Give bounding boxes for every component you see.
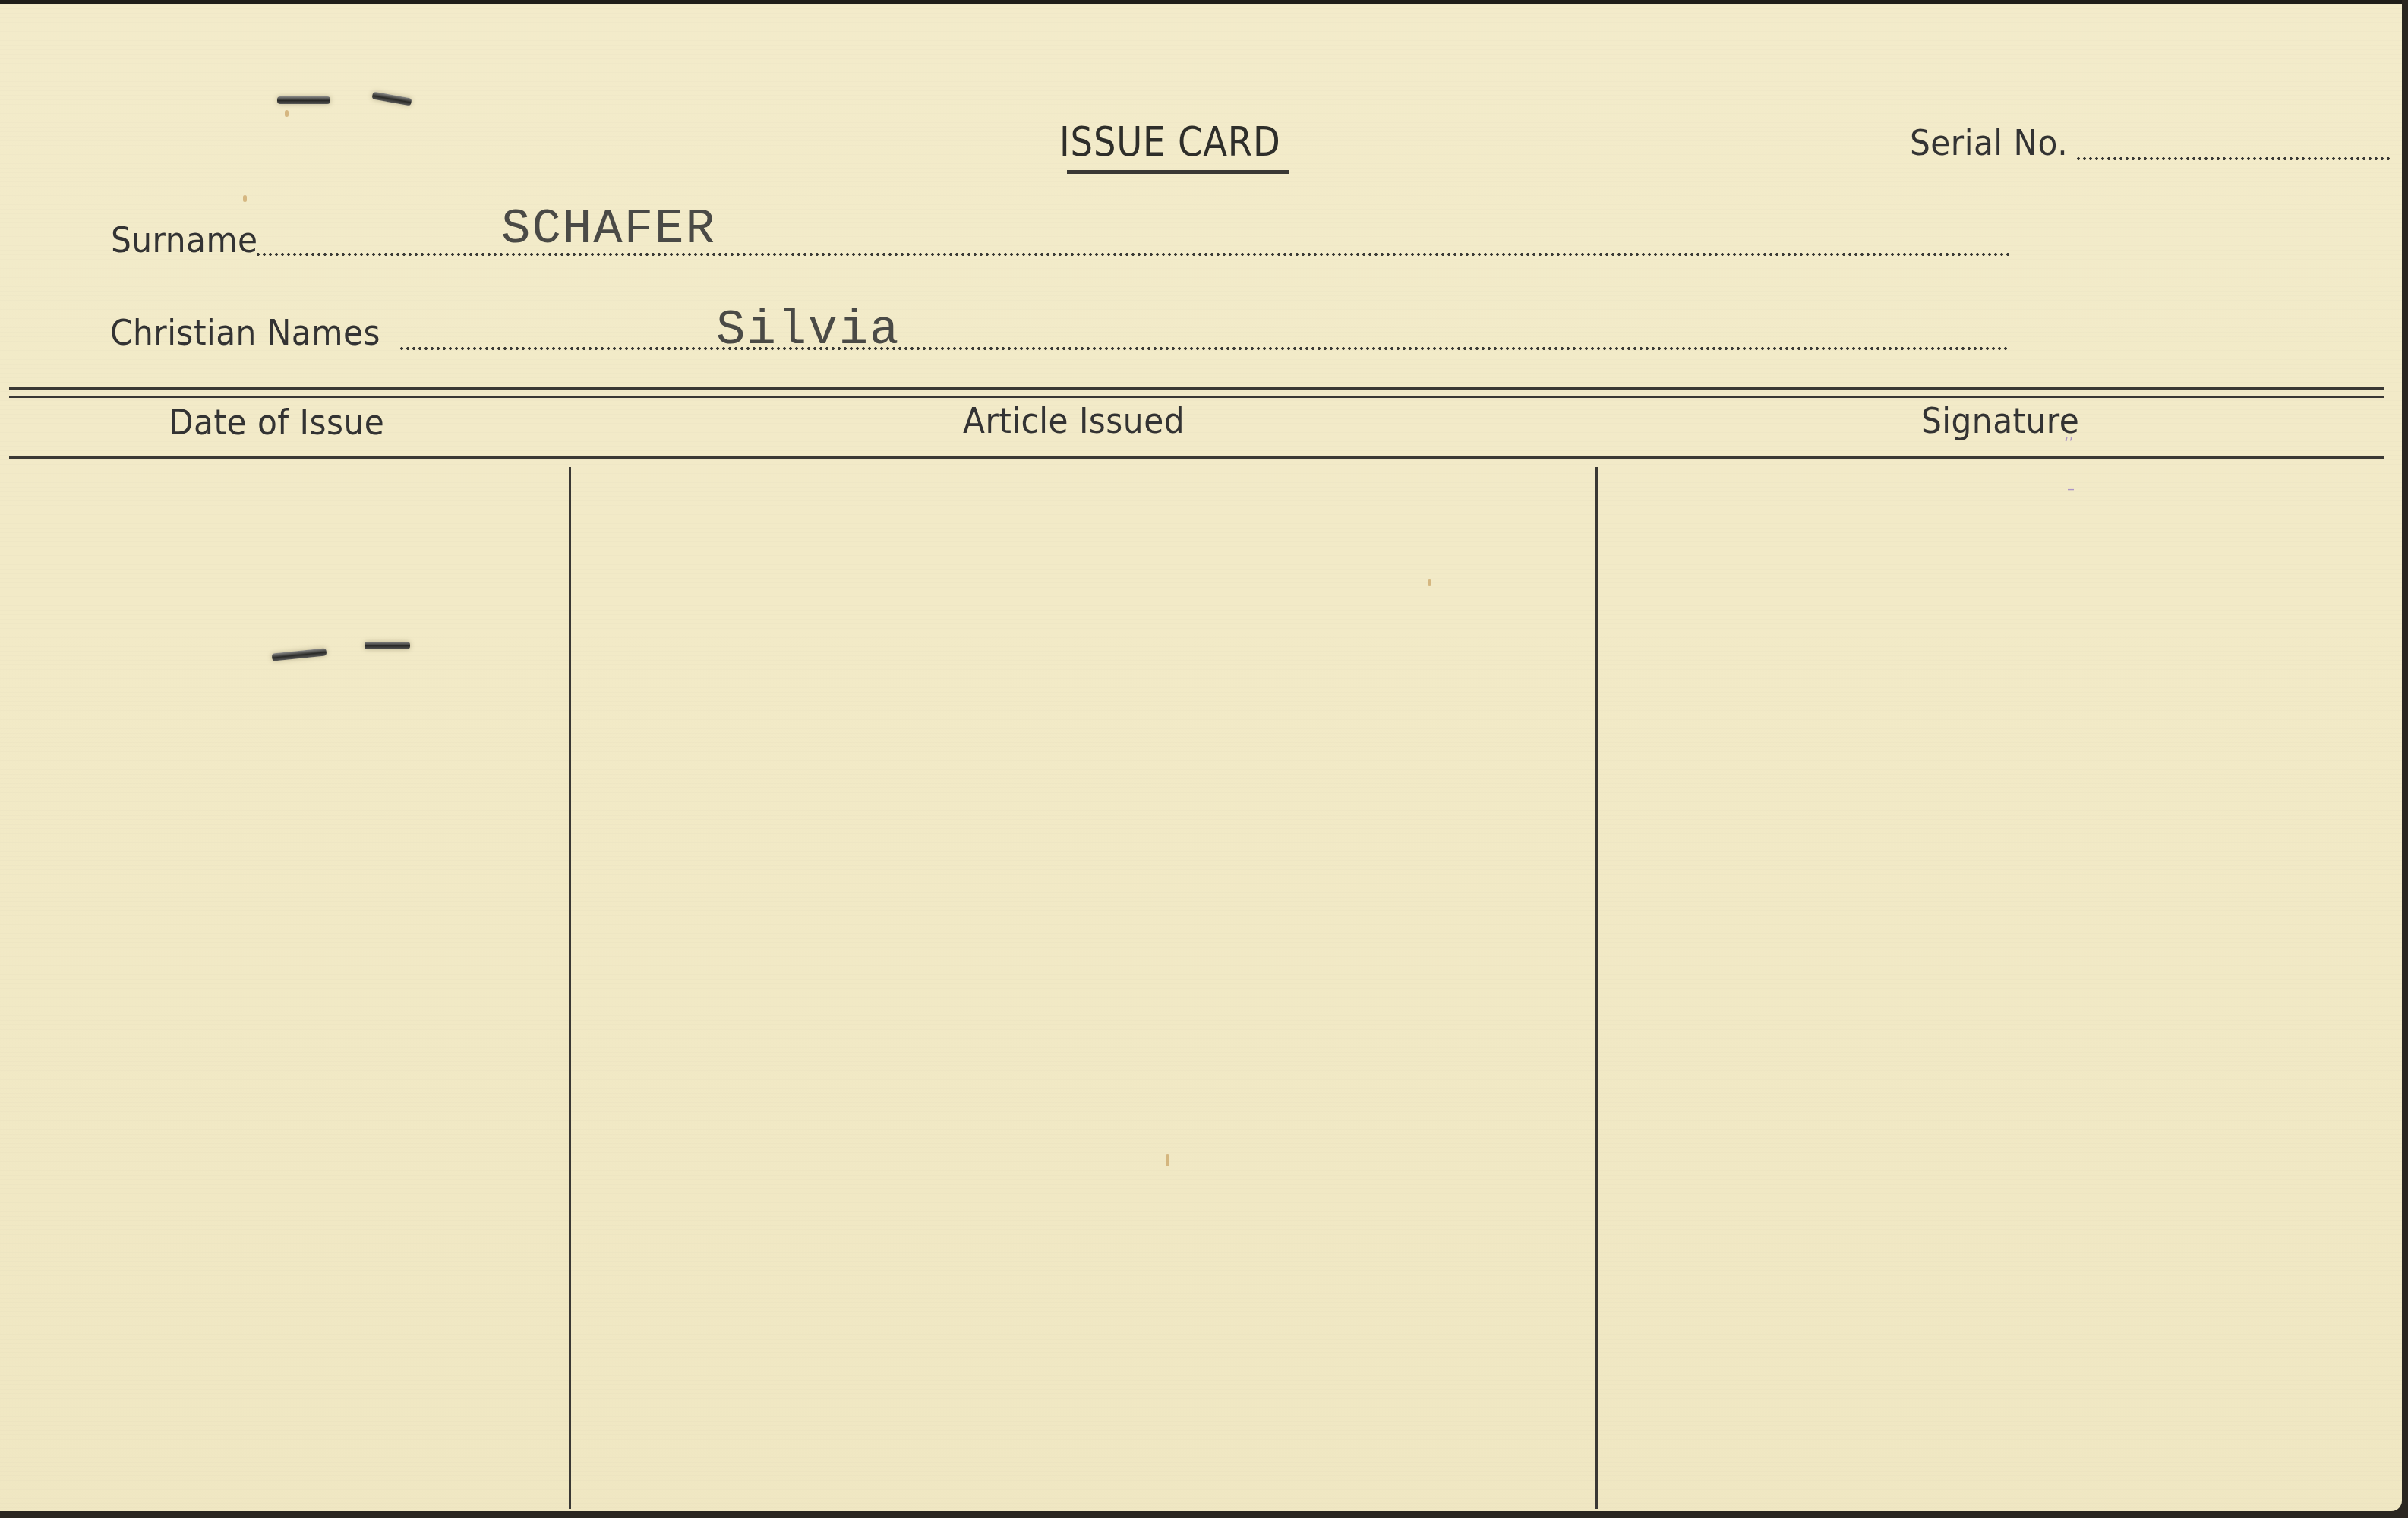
date-of-issue-column[interactable] xyxy=(9,461,567,1509)
surname-label: Surname xyxy=(111,219,258,260)
title-underline xyxy=(1067,170,1289,174)
column-header-signature: Signature xyxy=(1921,400,2079,441)
issue-card: ISSUE CARD Serial No. Surname SCHAFER Ch… xyxy=(0,0,2402,1511)
serial-number-field[interactable] xyxy=(2075,157,2393,160)
staple-mark-top-right xyxy=(372,92,412,106)
header-double-rule-bottom xyxy=(9,396,2384,398)
christian-names-value: Silvia xyxy=(716,304,900,358)
card-title: ISSUE CARD xyxy=(1059,118,1281,166)
column-header-article-issued: Article Issued xyxy=(963,400,1185,441)
signature-column[interactable] xyxy=(1599,461,2389,1509)
header-bottom-rule xyxy=(9,456,2384,459)
christian-names-label: Christian Names xyxy=(110,312,380,353)
column-divider-2 xyxy=(1595,467,1598,1509)
column-header-date-of-issue: Date of Issue xyxy=(169,402,384,443)
stamp-mark: ‘’ xyxy=(2064,434,2074,452)
surname-value: SCHAFER xyxy=(501,203,716,257)
staple-mark-top-left xyxy=(277,96,330,104)
header-double-rule-top xyxy=(9,387,2384,390)
paper-speck xyxy=(285,110,289,117)
paper-speck xyxy=(243,195,247,202)
column-divider-1 xyxy=(569,467,571,1509)
article-issued-column[interactable] xyxy=(573,461,1594,1509)
christian-names-field[interactable] xyxy=(399,347,2009,350)
serial-number-label: Serial No. xyxy=(1910,122,2068,163)
